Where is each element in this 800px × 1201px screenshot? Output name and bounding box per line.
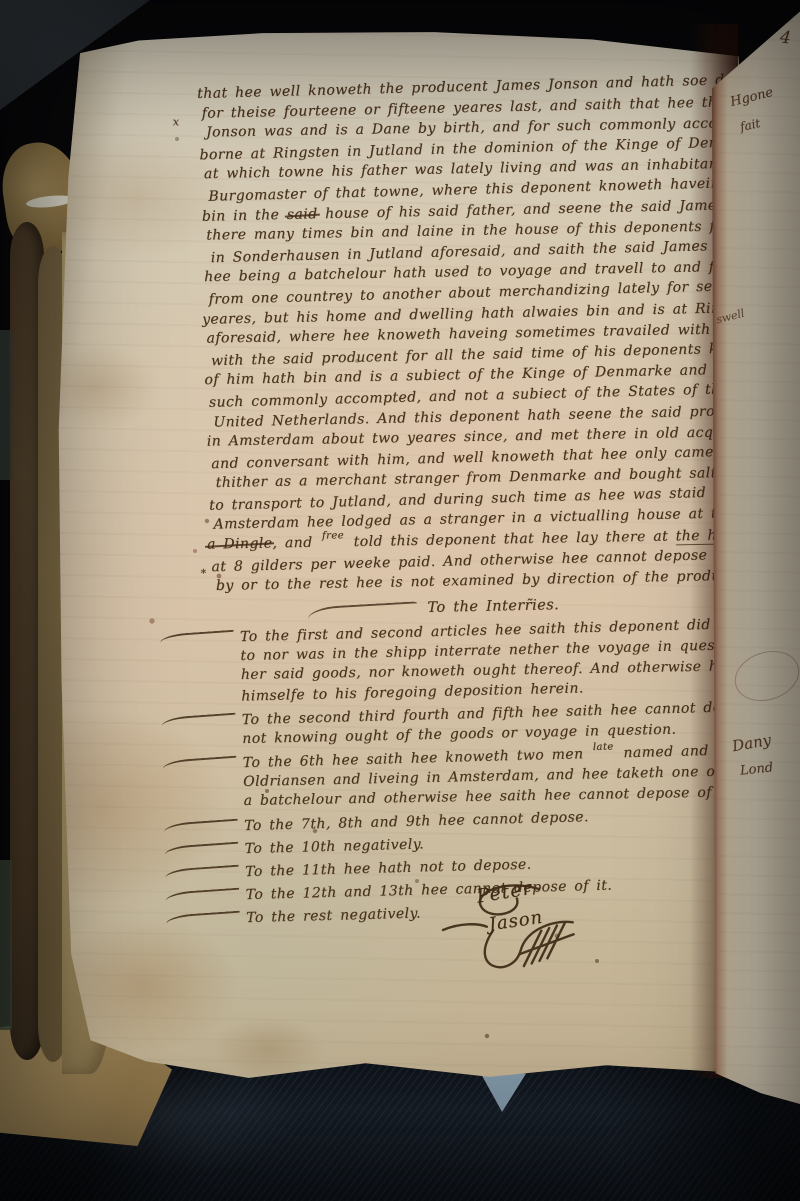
struck-text: a Dingle <box>207 536 273 553</box>
margin-mark: * <box>201 567 207 580</box>
pen-stroke-dash <box>164 819 238 832</box>
pen-stroke-dash <box>165 864 239 877</box>
signature: Peter Jason <box>416 870 634 1000</box>
margin-note: Dany <box>731 731 773 756</box>
pen-swash <box>307 601 418 619</box>
margin-note: fait <box>739 116 762 134</box>
page-edge-sliver <box>0 860 12 1030</box>
book-photo: x * that hee well knoweth the producent … <box>0 0 800 1201</box>
interlinear-insert: free <box>322 530 344 541</box>
margin-note: swell <box>715 307 746 327</box>
pen-stroke-dash <box>166 910 240 923</box>
pen-stroke-dash <box>160 630 234 643</box>
interrogatory-answer: To the first and second articles hee sai… <box>240 617 750 708</box>
interlinear-insert: late <box>593 741 614 753</box>
section-heading: To the Interr̃ies. <box>307 593 747 619</box>
section-heading-text: To the Interr̃ies. <box>427 597 559 616</box>
manuscript-page: x * that hee well knoweth the producent … <box>56 30 744 1080</box>
pen-stroke-dash <box>162 713 236 726</box>
interrogatory-answer: To the 6th hee saith hee knoweth two men… <box>243 743 752 814</box>
manuscript-text: x * that hee well knoweth the producent … <box>146 73 754 934</box>
pen-stroke-dash <box>165 887 239 900</box>
deposition-paragraph: that hee well knoweth the producent Jame… <box>146 73 747 601</box>
page-edge-sliver <box>0 330 12 480</box>
margin-note: Hgone <box>729 85 775 110</box>
pen-stroke-dash <box>164 841 238 854</box>
facing-page: 4 Hgone fait swell Dany Lond <box>712 6 800 1104</box>
pen-stroke-dash <box>162 756 236 769</box>
struck-text: said <box>287 206 318 223</box>
margin-note: Lond <box>739 760 774 778</box>
margin-mark: x <box>173 115 180 128</box>
ink-doodle <box>728 643 800 709</box>
folio-number: 4 <box>779 27 792 48</box>
